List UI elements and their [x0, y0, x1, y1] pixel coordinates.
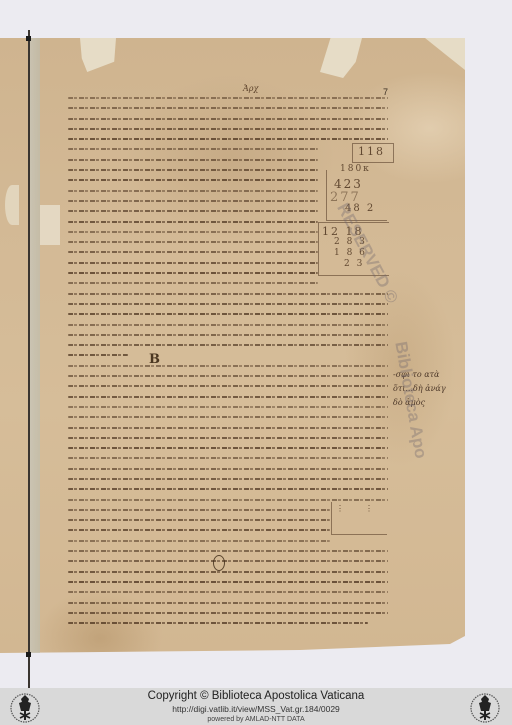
manuscript-text-line	[68, 251, 318, 253]
manuscript-text-line	[68, 427, 388, 429]
margin-numeral: 118	[358, 145, 385, 158]
paper-tear-patch	[40, 205, 60, 245]
manuscript-text-line	[68, 529, 330, 531]
margin-numeral: 180κ	[340, 164, 371, 174]
folio-mark: 7	[383, 87, 388, 97]
manuscript-text-line	[68, 313, 388, 315]
manuscript-text-line	[68, 169, 318, 171]
manuscript-text-line	[68, 354, 128, 356]
manuscript-text-line	[68, 324, 388, 326]
manuscript-text-line	[68, 118, 388, 120]
margin-numeral: 1 8 6	[334, 248, 367, 258]
manuscript-text-line	[68, 128, 388, 130]
binding-line	[28, 30, 30, 690]
marginal-note-line: ὅτι...δὴ ἀνάγ	[393, 382, 446, 396]
manuscript-text-line	[68, 262, 318, 264]
source-url[interactable]: http://digi.vatlib.it/view/MSS_Vat.gr.18…	[0, 704, 512, 714]
manuscript-text-line	[68, 468, 388, 470]
manuscript-text-line	[68, 509, 330, 511]
margin-numeral: 2 3	[344, 259, 364, 269]
powered-by-text: powered by AMLAD-NTT DATA	[0, 716, 512, 723]
manuscript-text-line	[68, 334, 388, 336]
manuscript-text-line	[68, 560, 388, 562]
manuscript-text-line	[68, 499, 388, 501]
manuscript-text-line	[68, 488, 388, 490]
manuscript-text-line	[68, 622, 368, 624]
page-heading-mark: Ἀρχ	[243, 84, 258, 93]
bav-crest-icon	[468, 690, 502, 724]
manuscript-text-line	[68, 478, 388, 480]
corner-marker	[26, 652, 31, 657]
image-viewer[interactable]: Ἀρχ 7 B 118 180κ 423 277 48 2 12 18 2 8 …	[0, 0, 512, 688]
corner-marker	[26, 36, 31, 41]
manuscript-text-line	[68, 97, 388, 99]
manuscript-text-line	[68, 457, 388, 459]
margin-numeral: 2 8 3	[334, 237, 367, 247]
manuscript-text-line	[68, 437, 388, 439]
bav-crest-icon	[8, 690, 42, 724]
manuscript-text-line	[68, 200, 318, 202]
circle-mark	[213, 555, 225, 571]
manuscript-text-line	[68, 303, 388, 305]
manuscript-text-line	[68, 179, 318, 181]
manuscript-text-line	[68, 406, 388, 408]
manuscript-text-line	[68, 591, 388, 593]
binding-gutter	[28, 38, 40, 653]
manuscript-text-line	[68, 231, 318, 233]
manuscript-text-line	[68, 581, 388, 583]
manuscript-text-line	[68, 344, 388, 346]
manuscript-text-line	[68, 365, 388, 367]
manuscript-text-line	[68, 159, 318, 161]
margin-diagram-stroke: ⋮	[365, 504, 375, 513]
manuscript-text-line	[68, 447, 388, 449]
manuscript-text-line	[68, 148, 318, 150]
manuscript-text-line	[68, 272, 318, 274]
manuscript-text-line	[68, 540, 330, 542]
manuscript-text-line	[68, 416, 388, 418]
manuscript-text-line	[68, 375, 388, 377]
manuscript-text-line	[68, 602, 388, 604]
manuscript-text-line	[68, 221, 318, 223]
margin-numeral: 423	[334, 177, 363, 191]
manuscript-text-line	[68, 293, 388, 295]
footer-bar: Copyright © Biblioteca Apostolica Vatica…	[0, 688, 512, 725]
manuscript-text-line	[68, 396, 388, 398]
manuscript-text-line	[68, 138, 388, 140]
margin-numeral: 48 2	[345, 203, 375, 214]
manuscript-text-line	[68, 571, 388, 573]
manuscript-text-line	[68, 550, 388, 552]
manuscript-text-line	[68, 190, 318, 192]
copyright-text: Copyright © Biblioteca Apostolica Vatica…	[0, 690, 512, 702]
manuscript-text-line	[68, 210, 318, 212]
manuscript-text-line	[68, 519, 330, 521]
manuscript-text-line	[68, 241, 318, 243]
initial-letter: B	[149, 352, 160, 367]
paper-tear-patch	[5, 185, 19, 225]
manuscript-text-line	[68, 612, 388, 614]
marginal-note-line: δὸ ἀμὸς	[393, 396, 425, 410]
marginal-note-line: -σφι το ατὰ	[393, 368, 439, 382]
manuscript-text-line	[68, 385, 388, 387]
manuscript-text-line	[68, 282, 318, 284]
manuscript-text-line	[68, 107, 388, 109]
margin-diagram-stroke: ⋮	[336, 504, 346, 513]
